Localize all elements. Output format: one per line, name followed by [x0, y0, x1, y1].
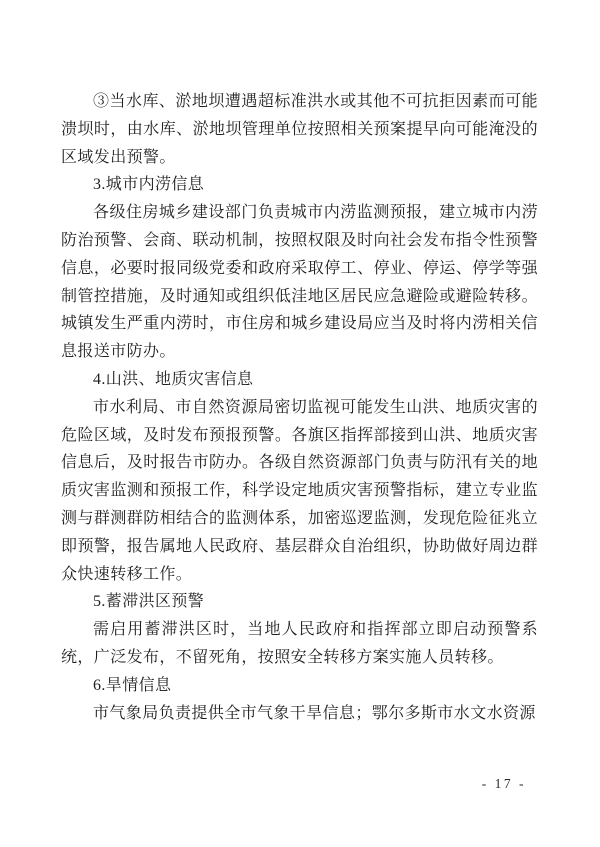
paragraph: 市气象局负责提供全市气象干旱信息；鄂尔多斯市水文水资源 — [61, 700, 538, 728]
paragraph: ③当水库、淤地坝遭遇超标准洪水或其他不可抗拒因素而可能溃坝时，由水库、淤地坝管理… — [61, 88, 538, 171]
paragraph: 需启用蓄滞洪区时，当地人民政府和指挥部立即启动预警系统，广泛发布，不留死角，按照… — [61, 616, 538, 672]
section-heading: 5.蓄滞洪区预警 — [61, 588, 538, 616]
section-heading: 6.旱情信息 — [61, 672, 538, 700]
document-body: ③当水库、淤地坝遭遇超标准洪水或其他不可抗拒因素而可能溃坝时，由水库、淤地坝管理… — [61, 88, 538, 727]
document-page: ③当水库、淤地坝遭遇超标准洪水或其他不可抗拒因素而可能溃坝时，由水库、淤地坝管理… — [0, 0, 600, 847]
section-heading: 4.山洪、地质灾害信息 — [61, 366, 538, 394]
paragraph: 市水利局、市自然资源局密切监视可能发生山洪、地质灾害的危险区域，及时发布预报预警… — [61, 394, 538, 589]
section-heading: 3.城市内涝信息 — [61, 171, 538, 199]
paragraph: 各级住房城乡建设部门负责城市内涝监测预报，建立城市内涝防治预警、会商、联动机制，… — [61, 199, 538, 366]
page-number: - 17 - — [482, 776, 526, 792]
